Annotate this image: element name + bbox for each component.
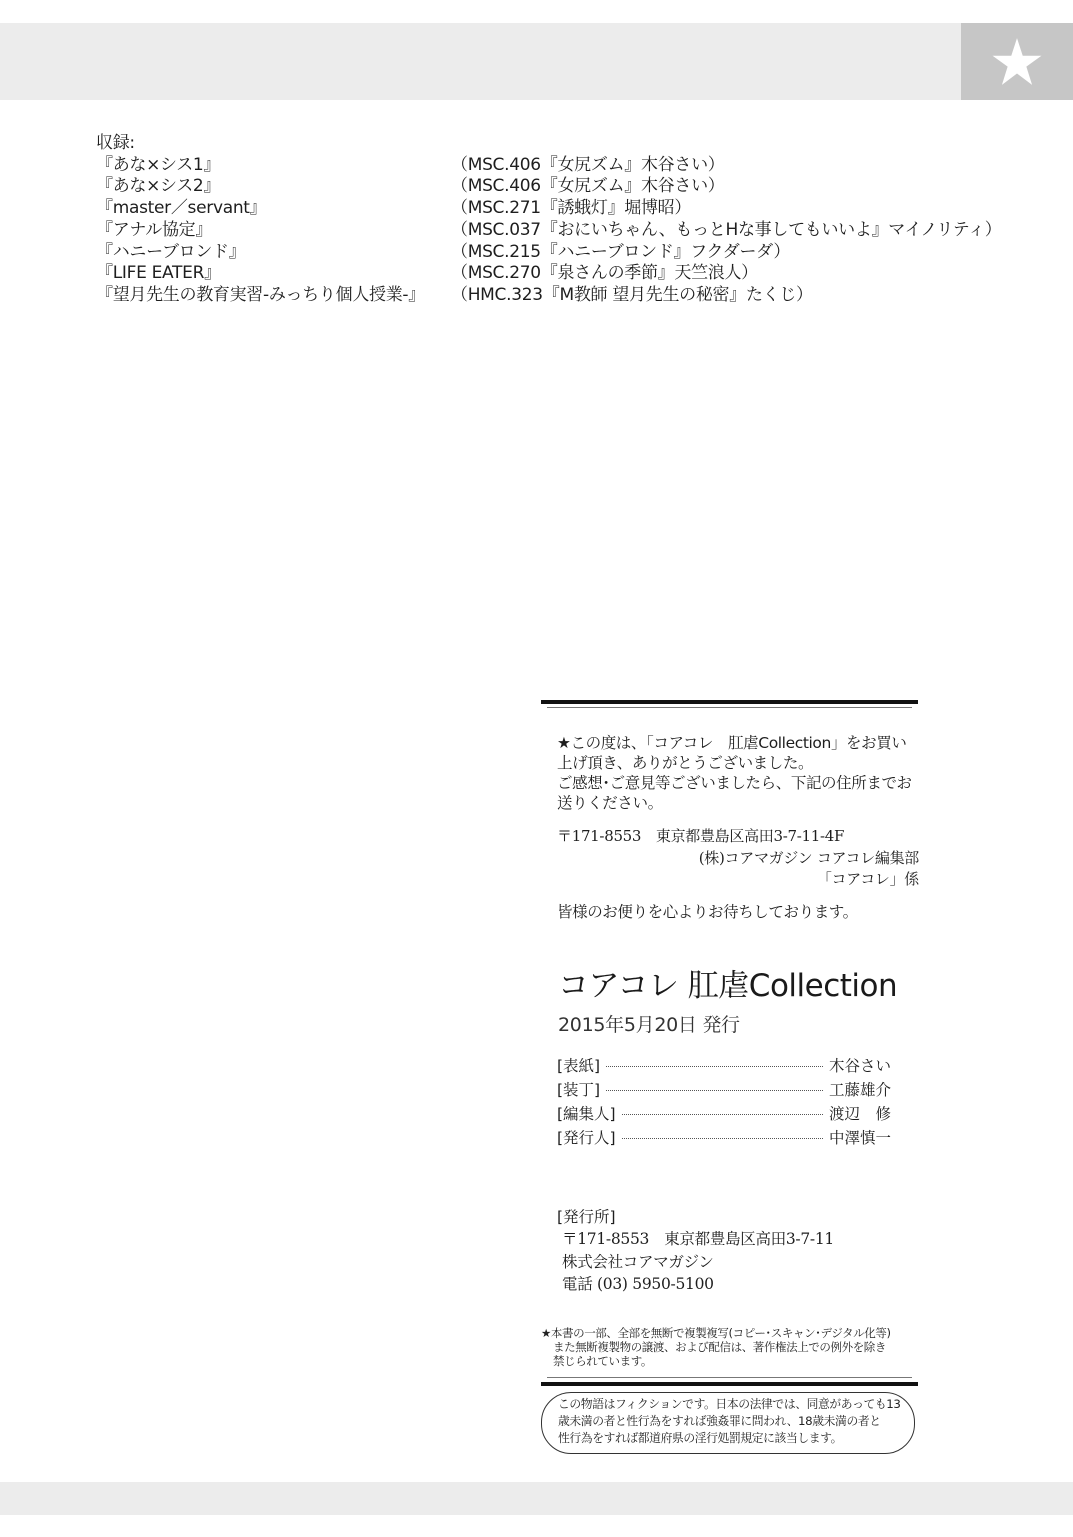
story-source: （MSC.271『誘蛾灯』堀博昭） bbox=[451, 198, 691, 220]
divider-thick bbox=[541, 1382, 918, 1386]
divider-thin bbox=[547, 707, 912, 708]
address-line: (株)コアマガジン コアコレ編集部 bbox=[557, 848, 919, 870]
credit-role: [編集人] bbox=[557, 1102, 616, 1126]
credit-name: 木谷さい bbox=[829, 1054, 899, 1078]
thanks-line: ★この度は、「コアコレ 肛虐Collection」をお買い bbox=[557, 733, 927, 753]
address-line: 「コアコレ」係 bbox=[557, 869, 919, 891]
story-title: 『ハニーブロンド』 bbox=[96, 242, 451, 264]
contents-heading: 収録: bbox=[96, 133, 1001, 155]
thanks-message: ★この度は、「コアコレ 肛虐Collection」をお買い 上げ頂き、ありがとう… bbox=[557, 733, 927, 813]
story-title: 『アナル協定』 bbox=[96, 220, 451, 242]
divider-thick bbox=[541, 700, 918, 704]
copyright-line: また無断複製物の譲渡、および配信は、著作権法上での例外を除き bbox=[541, 1340, 941, 1354]
fiction-line: 性行為をすれば都道府県の淫行処罰規定に該当します。 bbox=[558, 1430, 908, 1447]
credit-name: 中澤慎一 bbox=[829, 1126, 899, 1150]
story-title: 『master／servant』 bbox=[96, 198, 451, 220]
credit-role: [表紙] bbox=[557, 1054, 600, 1078]
dot-leader bbox=[622, 1114, 823, 1115]
contents-item: 『あな×シス2』 （MSC.406『女尻ズム』木谷さい） bbox=[96, 176, 1001, 198]
thanks-line: 送りください。 bbox=[557, 793, 927, 813]
star-badge bbox=[961, 23, 1073, 100]
header-band bbox=[0, 23, 961, 100]
story-source: （MSC.270『泉さんの季節』天竺浪人） bbox=[451, 263, 758, 285]
story-title: 『あな×シス2』 bbox=[96, 176, 451, 198]
credit-row: [装丁] 工藤雄介 bbox=[557, 1078, 899, 1102]
contents-item: 『望月先生の教育実習-みっちり個人授業-』 （HMC.323『M教師 望月先生の… bbox=[96, 285, 1001, 307]
story-source: （MSC.215『ハニーブロンド』フクダーダ） bbox=[451, 242, 790, 264]
story-source: （MSC.406『女尻ズム』木谷さい） bbox=[451, 155, 724, 177]
divider-thin bbox=[547, 1377, 912, 1378]
contents-item: 『LIFE EATER』 （MSC.270『泉さんの季節』天竺浪人） bbox=[96, 263, 1001, 285]
contents-list: 収録: 『あな×シス1』 （MSC.406『女尻ズム』木谷さい） 『あな×シス2… bbox=[96, 133, 1001, 307]
dot-leader bbox=[606, 1090, 823, 1091]
credits-list: [表紙] 木谷さい [装丁] 工藤雄介 [編集人] 渡辺 修 [発行人] 中澤慎… bbox=[557, 1054, 899, 1150]
publication-date: 2015年5月20日 発行 bbox=[558, 1010, 740, 1037]
footer-band bbox=[0, 1482, 1073, 1515]
credit-row: [編集人] 渡辺 修 bbox=[557, 1102, 899, 1126]
contents-item: 『アナル協定』 （MSC.037『おにいちゃん、もっとHな事してもいいよ』マイノ… bbox=[96, 220, 1001, 242]
story-title: 『LIFE EATER』 bbox=[96, 263, 451, 285]
credit-role: [装丁] bbox=[557, 1078, 600, 1102]
dot-leader bbox=[606, 1066, 823, 1067]
credit-role: [発行人] bbox=[557, 1126, 616, 1150]
credit-name: 渡辺 修 bbox=[829, 1102, 899, 1126]
fiction-line: この物語はフィクションです。日本の法律では、同意があっても13 bbox=[558, 1396, 908, 1413]
copyright-notice: ★本書の一部、全部を無断で複製複写(コピー･スキャン･デジタル化等) また無断複… bbox=[541, 1326, 941, 1368]
book-title: コアコレ 肛虐Collection bbox=[558, 960, 897, 1005]
publisher-company: 株式会社コアマガジン bbox=[562, 1251, 834, 1274]
thanks-line: ご感想･ご意見等ございましたら、下記の住所までお bbox=[557, 773, 927, 793]
address-line: 〒171-8553 東京都豊島区高田3-7-11-4F bbox=[557, 826, 919, 848]
mail-address: 〒171-8553 東京都豊島区高田3-7-11-4F (株)コアマガジン コア… bbox=[557, 826, 919, 891]
credit-name: 工藤雄介 bbox=[829, 1078, 899, 1102]
publisher-phone: 電話 (03) 5950-5100 bbox=[562, 1273, 834, 1296]
credit-row: [発行人] 中澤慎一 bbox=[557, 1126, 899, 1150]
fiction-line: 歳未満の者と性行為をすれば強姦罪に問われ、18歳未満の者と bbox=[558, 1413, 908, 1430]
dot-leader bbox=[622, 1138, 823, 1139]
fiction-notice: この物語はフィクションです。日本の法律では、同意があっても13 歳未満の者と性行… bbox=[558, 1396, 908, 1447]
publisher-heading: [発行所] bbox=[557, 1205, 616, 1227]
credit-row: [表紙] 木谷さい bbox=[557, 1054, 899, 1078]
story-source: （MSC.037『おにいちゃん、もっとHな事してもいいよ』マイノリティ） bbox=[451, 220, 1001, 242]
publisher-postal: 〒171-8553 東京都豊島区高田3-7-11 bbox=[562, 1228, 834, 1251]
story-source: （MSC.406『女尻ズム』木谷さい） bbox=[451, 176, 724, 198]
contents-item: 『master／servant』 （MSC.271『誘蛾灯』堀博昭） bbox=[96, 198, 1001, 220]
copyright-line: 禁じられています。 bbox=[541, 1354, 941, 1368]
story-title: 『望月先生の教育実習-みっちり個人授業-』 bbox=[96, 285, 451, 307]
contents-item: 『あな×シス1』 （MSC.406『女尻ズム』木谷さい） bbox=[96, 155, 1001, 177]
story-title: 『あな×シス1』 bbox=[96, 155, 451, 177]
copyright-line: ★本書の一部、全部を無断で複製複写(コピー･スキャン･デジタル化等) bbox=[541, 1326, 941, 1340]
star-icon bbox=[991, 36, 1043, 88]
story-source: （HMC.323『M教師 望月先生の秘密』たくじ） bbox=[451, 285, 813, 307]
thanks-line: 上げ頂き、ありがとうございました。 bbox=[557, 753, 927, 773]
contents-item: 『ハニーブロンド』 （MSC.215『ハニーブロンド』フクダーダ） bbox=[96, 242, 1001, 264]
closing-message: 皆様のお便りを心よりお待ちしております。 bbox=[557, 900, 858, 922]
publisher-info: 〒171-8553 東京都豊島区高田3-7-11 株式会社コアマガジン 電話 (… bbox=[562, 1228, 834, 1296]
